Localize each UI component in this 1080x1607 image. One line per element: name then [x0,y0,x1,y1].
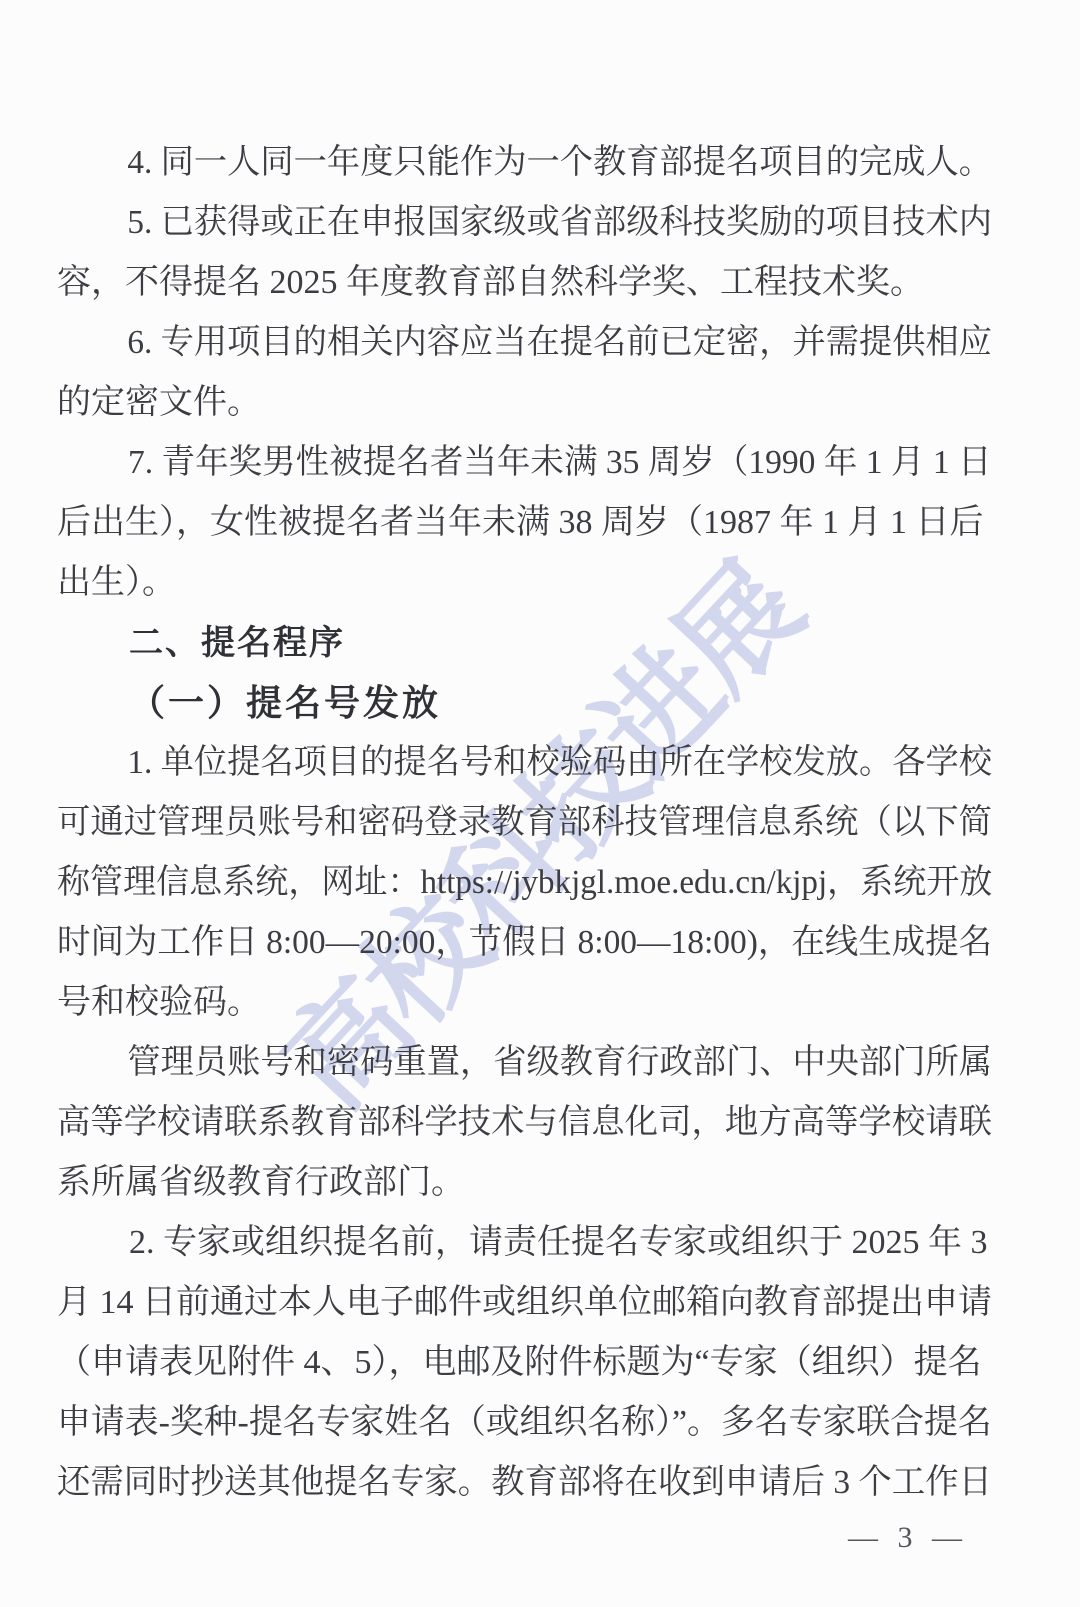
document-line: 可通过管理员账号和密码登录教育部科技管理信息系统（以下简 [57,793,975,853]
document-line: 申请表-奖种-提名专家姓名（或组织名称）”。多名专家联合提名 [57,1393,988,1453]
document-line: 后出生），女性被提名者当年未满 38 周岁（1987 年 1 月 1 日后 [57,493,992,553]
page-number: — 3 — [848,1516,968,1560]
document-line: 1. 单位提名项目的提名号和校验码由所在学校发放。各学校 [57,733,971,793]
document-line: 号和校验码。 [57,973,992,1033]
document-line: （一）提名号发放 [57,673,992,733]
document-line: （申请表见附件 4、5），电邮及附件标题为“专家（组织）提名 [57,1333,992,1393]
document-line: 6. 专用项目的相关内容应当在提名前已定密，并需提供相应 [57,313,971,373]
document-line: 7. 青年奖男性被提名者当年未满 35 周岁（1990 年 1 月 1 日 [57,433,979,493]
document-line: 还需同时抄送其他提名专家。教育部将在收到申请后 3 个工作日 [57,1453,975,1513]
document-line: 容，不得提名 2025 年度教育部自然科学奖、工程技术奖。 [57,253,992,313]
document-page: 高校科技进展 4. 同一人同一年度只能作为一个教育部提名项目的完成人。5. 已获… [0,0,1080,1607]
document-line: 月 14 日前通过本人电子邮件或组织单位邮箱向教育部提出申请 [57,1273,992,1333]
document-line: 高等学校请联系教育部科学技术与信息化司，地方高等学校请联 [57,1093,975,1153]
document-line: 时间为工作日 8:00—20:00，节假日 8:00—18:00)，在线生成提名 [57,913,977,973]
document-line: 称管理信息系统，网址：https://jybkjgl.moe.edu.cn/kj… [57,853,966,913]
document-line: 出生）。 [57,553,992,613]
document-line: 的定密文件。 [57,373,992,433]
document-line: 2. 专家或组织提名前，请责任提名专家或组织于 2025 年 3 [57,1213,992,1273]
document-line: 管理员账号和密码重置，省级教育行政部门、中央部门所属 [57,1033,971,1093]
document-line: 系所属省级教育行政部门。 [57,1153,992,1213]
document-line: 二、提名程序 [57,613,992,673]
document-line: 5. 已获得或正在申报国家级或省部级科技奖励的项目技术内 [57,193,971,253]
document-line: 4. 同一人同一年度只能作为一个教育部提名项目的完成人。 [57,133,971,193]
document-body: 4. 同一人同一年度只能作为一个教育部提名项目的完成人。5. 已获得或正在申报国… [57,133,992,1513]
